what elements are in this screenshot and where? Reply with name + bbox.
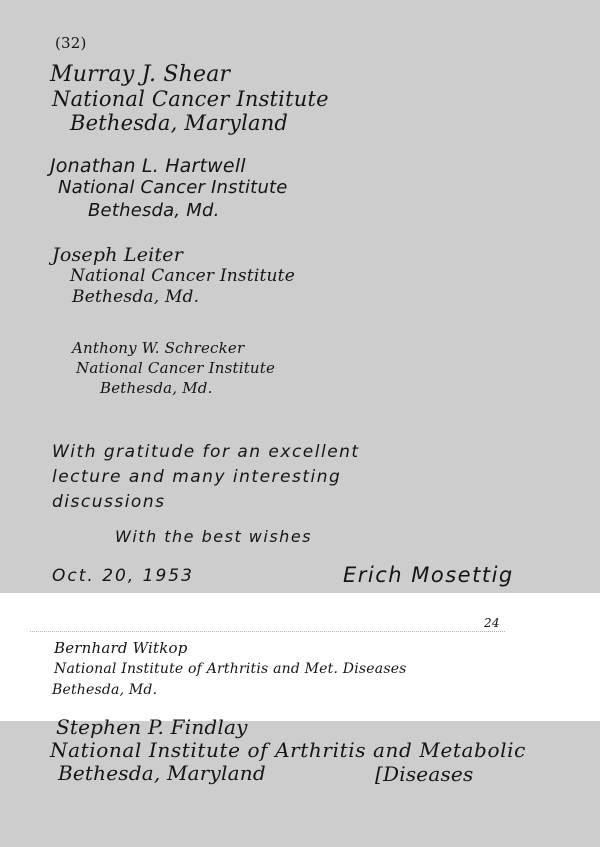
signer-institution: National Cancer Institute — [70, 266, 295, 287]
message-closing: With the best wishes — [115, 527, 312, 546]
signer-institution: National Institute of Arthritis and Meta… — [50, 739, 526, 762]
author-signature: Erich Mosettig — [343, 563, 514, 587]
signature-entry: Anthony W. Schrecker National Cancer Ins… — [72, 338, 275, 398]
signer-institution: National Cancer Institute — [58, 177, 288, 199]
message-line: With gratitude for an excellent — [52, 440, 360, 465]
signer-institution: National Cancer Institute — [76, 358, 275, 378]
dedication-message: With gratitude for an excellent lecture … — [52, 440, 360, 515]
signer-institution: National Institute of Arthritis and Met.… — [54, 659, 407, 680]
signer-location: Bethesda, Md. — [72, 287, 295, 308]
signature-entry: Bernhard Witkop National Institute of Ar… — [52, 638, 407, 701]
message-date: Oct. 20, 1953 — [52, 566, 194, 586]
signature-entry: Jonathan L. Hartwell National Cancer Ins… — [50, 155, 288, 223]
signer-location: Bethesda, Md. — [100, 378, 275, 398]
signature-entry: Joseph Leiter National Cancer Institute … — [52, 245, 295, 308]
signer-name: Anthony W. Schrecker — [72, 338, 275, 358]
signer-location: Bethesda, Md. — [52, 680, 407, 701]
page-number: (32) — [55, 34, 87, 52]
signer-institution: National Cancer Institute — [52, 87, 329, 111]
signer-name: Joseph Leiter — [52, 245, 295, 266]
scanned-autograph-page: (32) Murray J. Shear National Cancer Ins… — [0, 0, 600, 847]
strip-divider-line — [30, 631, 505, 632]
signature-entry: Murray J. Shear National Cancer Institut… — [50, 63, 329, 135]
message-line: lecture and many interesting — [52, 465, 360, 490]
strip-page-number: 24 — [484, 616, 500, 630]
signer-name: Jonathan L. Hartwell — [50, 155, 288, 177]
signer-location: Bethesda, Maryland — [70, 111, 329, 135]
signer-institution-continued: [Diseases — [375, 762, 473, 786]
signer-name: Bernhard Witkop — [54, 638, 407, 659]
signer-name: Murray J. Shear — [50, 63, 329, 87]
signer-location: Bethesda, Md. — [88, 199, 288, 223]
signer-name: Stephen P. Findlay — [56, 716, 526, 739]
message-line: discussions — [52, 490, 360, 515]
